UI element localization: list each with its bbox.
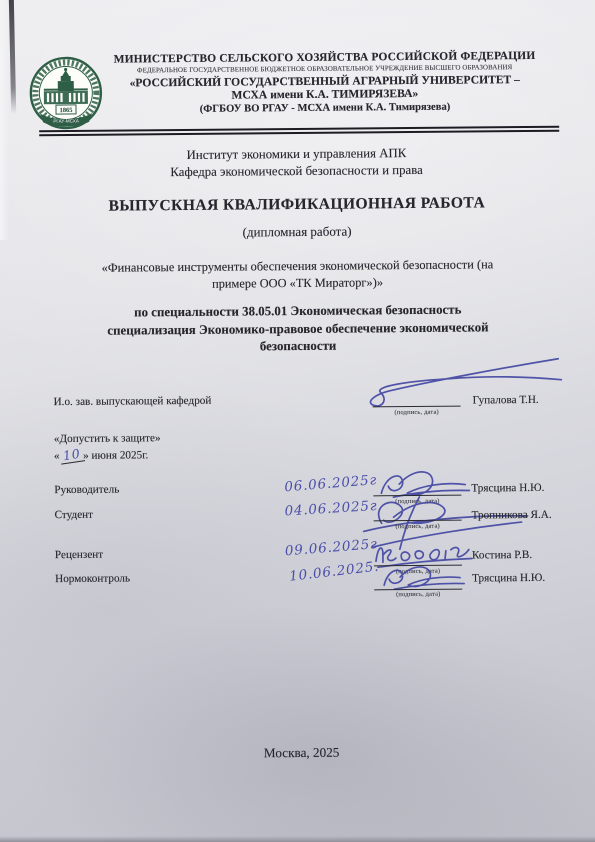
document-content: 1865 РГАУ-МСХА МИНИСТЕРСТВО СЕЛЬСКОГО ХО… xyxy=(0,0,595,842)
head-of-department-label: И.о. зав. выпускающей кафедрой xyxy=(54,395,212,408)
signer-name: Костина Р.В. xyxy=(472,549,532,562)
signer-signature-caption: (подпись, дата) xyxy=(372,523,464,531)
scanned-title-page: 1865 РГАУ-МСХА МИНИСТЕРСТВО СЕЛЬСКОГО ХО… xyxy=(0,0,595,842)
head-signature-caption: (подпись, дата) xyxy=(371,409,463,417)
emblem-banner: РГАУ-МСХА xyxy=(53,118,80,123)
department-line: Кафедра экономической безопасности и пра… xyxy=(46,160,546,181)
work-type-title: ВЫПУСКНАЯ КВАЛИФИКАЦИОННАЯ РАБОТА xyxy=(47,194,547,216)
head-name: Гупалова Т.Н. xyxy=(473,394,539,407)
admit-line: «Допустить к защите» xyxy=(54,432,161,445)
signer-role: Рецензент xyxy=(55,549,103,561)
signer-name: Трясцина Н.Ю. xyxy=(472,572,545,585)
admit-date-line: «10» июня 2025г. xyxy=(54,446,148,463)
admit-rest: » июня 2025г. xyxy=(83,449,148,462)
signer-date-handwritten: 10.06.2025. xyxy=(288,559,380,585)
header-divider xyxy=(39,126,559,137)
specialty-block: по специальности 38.05.01 Экономическая … xyxy=(48,301,548,358)
signer-role: Студент xyxy=(54,509,93,521)
city-year-footer: Москва, 2025 xyxy=(52,743,552,763)
admit-day-handwritten: 10 xyxy=(59,445,85,464)
signer-name: Тропникова Я.А. xyxy=(472,509,552,522)
letterhead: МИНИСТЕРСТВО СЕЛЬСКОГО ХОЗЯЙСТВА РОССИЙС… xyxy=(86,50,565,118)
head-signature-line xyxy=(373,394,461,408)
signer-date-handwritten: 09.06.2025г xyxy=(284,536,378,559)
thesis-title: «Финансовые инструменты обеспечения экон… xyxy=(54,256,540,294)
institute-block: Институт экономики и управления АПК Кафе… xyxy=(46,144,546,181)
work-subtype: (дипломная работа) xyxy=(47,222,547,242)
signer-role: Нормоконтроль xyxy=(55,572,130,585)
emblem-year: 1865 xyxy=(60,107,73,114)
signer-signature-line xyxy=(374,577,462,591)
signer-role: Руководитель xyxy=(54,484,119,497)
signer-signature-line xyxy=(373,508,461,522)
signer-signature-caption: (подпись, дата) xyxy=(372,591,464,599)
